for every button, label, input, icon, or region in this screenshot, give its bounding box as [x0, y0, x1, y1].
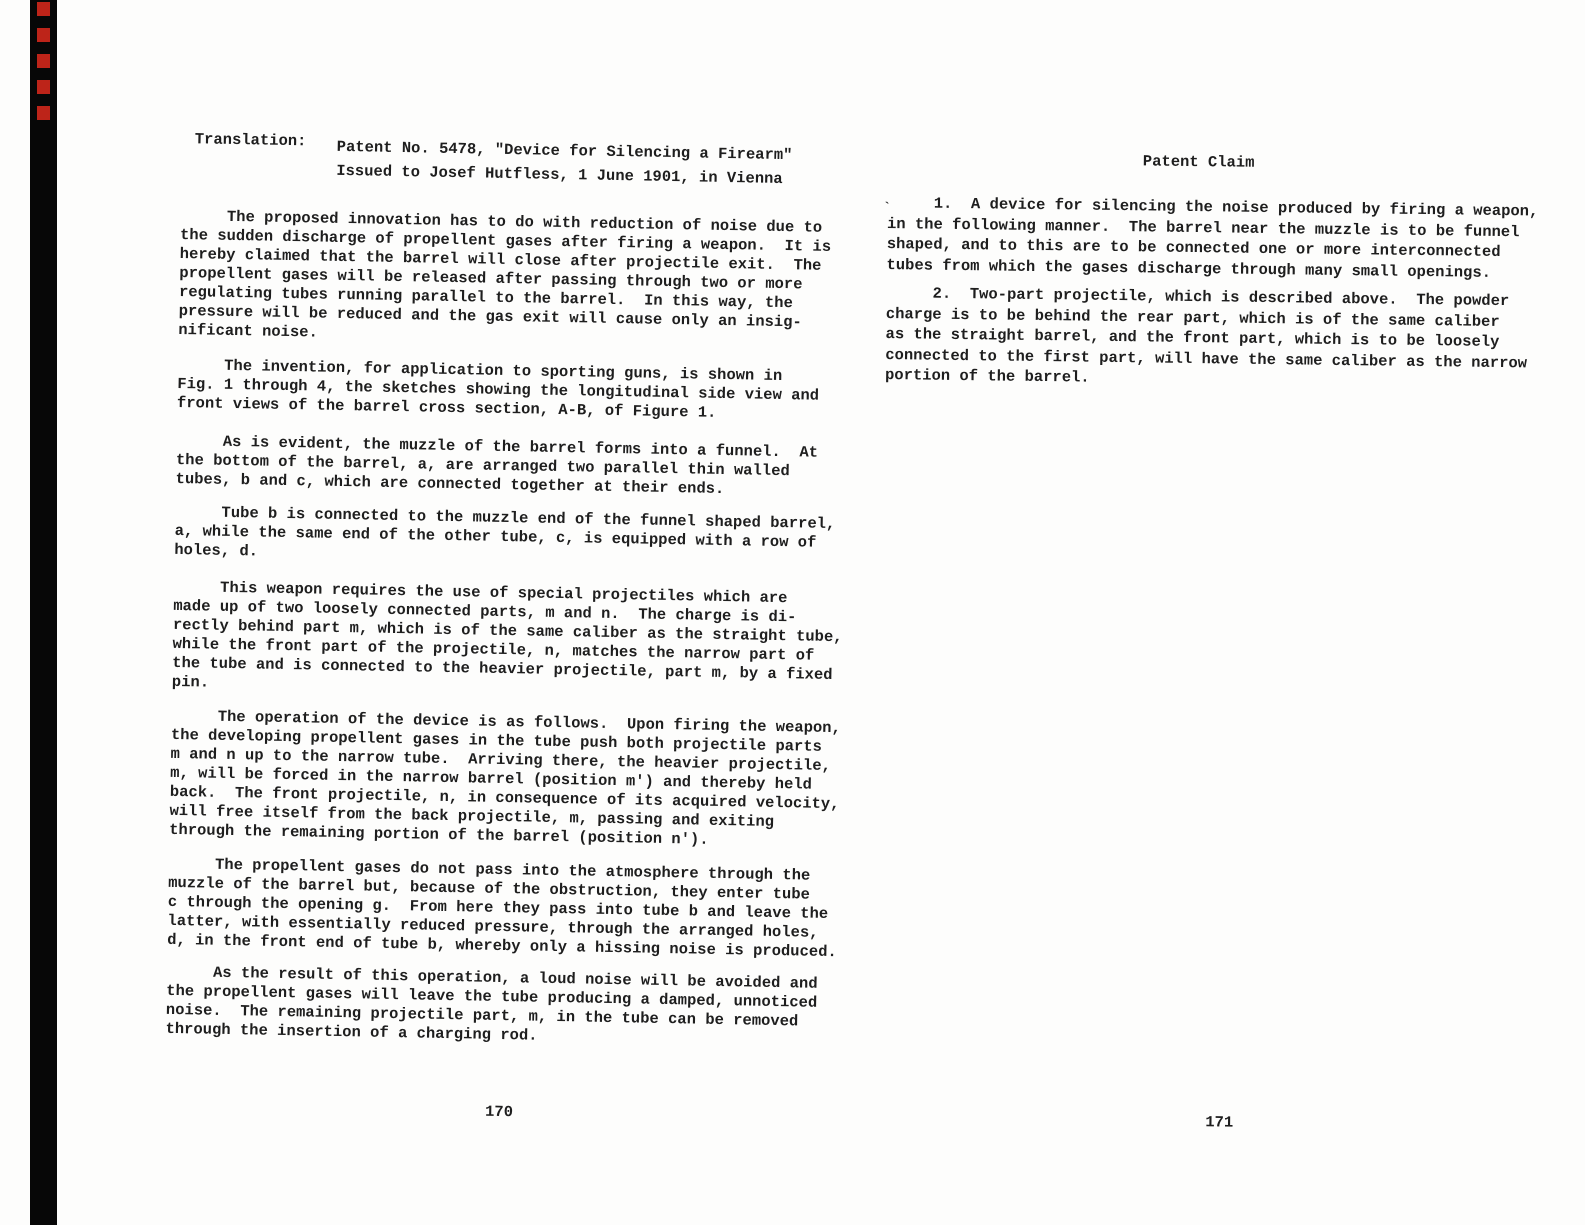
film-registration-mark: [37, 2, 50, 16]
patent-title-line2: Issued to Josef Hutfless, 1 June 1901, i…: [336, 162, 783, 188]
claim-1: 1. A device for silencing the noise prod…: [886, 193, 1538, 284]
claim-2: 2. Two-part projectile, which is describ…: [885, 283, 1528, 394]
film-registration-mark: [37, 80, 50, 94]
paragraph-4: Tube b is connected to the muzzle end of…: [174, 503, 835, 572]
patent-claim-heading: Patent Claim: [1143, 151, 1255, 173]
left-page: Translation: Patent No. 5478, "Device fo…: [182, 130, 902, 143]
paragraph-5: This weapon requires the use of special …: [172, 578, 844, 704]
right-page: Patent Claim ` 1. A device for silencing…: [888, 148, 1568, 157]
paragraph-6: The operation of the device is as follow…: [169, 707, 841, 852]
paragraph-8: As the result of this operation, a loud …: [165, 963, 817, 1051]
film-registration-mark: [37, 28, 50, 42]
patent-title-line1: Patent No. 5478, "Device for Silencing a…: [337, 138, 793, 164]
paragraph-7: The propellent gases do not pass into th…: [167, 855, 838, 962]
page-number-left: 170: [485, 1103, 513, 1123]
film-registration-mark: [37, 54, 50, 68]
paragraph-2: The invention, for application to sporti…: [177, 356, 820, 425]
paragraph-1: The proposed innovation has to do with r…: [178, 207, 831, 352]
page-number-right: 171: [1205, 1112, 1233, 1133]
film-registration-mark: [37, 106, 50, 120]
film-edge-strip: [30, 0, 57, 1225]
translation-label: Translation:: [195, 130, 307, 151]
patent-title: Patent No. 5478, "Device for Silencing a…: [336, 135, 793, 191]
paragraph-3: As is evident, the muzzle of the barrel …: [175, 432, 818, 501]
